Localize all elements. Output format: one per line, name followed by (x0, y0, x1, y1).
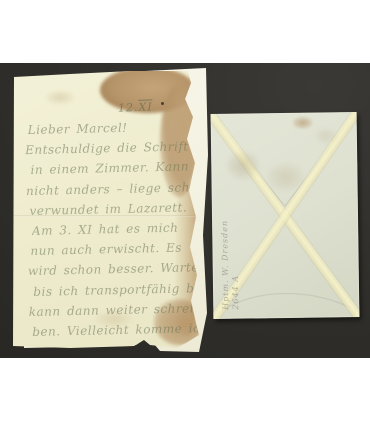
letter-date-day: 12. (118, 101, 139, 115)
handwriting-line: ben. Vielleicht komme ich (32, 321, 208, 345)
letter-date-month: XI (138, 100, 153, 113)
envelope-back: Hptm. W. Dresden 2644 A (211, 112, 360, 319)
page-root: 12.XI Lieber Marcel! Entschuldige die Sc… (0, 0, 370, 423)
handwritten-letter: 12.XI Lieber Marcel! Entschuldige die Sc… (10, 65, 214, 357)
letter-paper: 12.XI Lieber Marcel! Entschuldige die Sc… (10, 65, 214, 357)
envelope: Hptm. W. Dresden 2644 A (208, 109, 362, 325)
photo-area: 12.XI Lieber Marcel! Entschuldige die Sc… (0, 63, 370, 358)
water-stain-top-left (46, 91, 74, 104)
letter-date: 12.XI (118, 100, 153, 114)
letter-handwriting: Lieber Marcel! Entschuldige die Schrift … (28, 119, 209, 345)
envelope-side-note: Hptm. W. Dresden 2644 A (219, 138, 241, 310)
paper-speck (161, 102, 164, 105)
